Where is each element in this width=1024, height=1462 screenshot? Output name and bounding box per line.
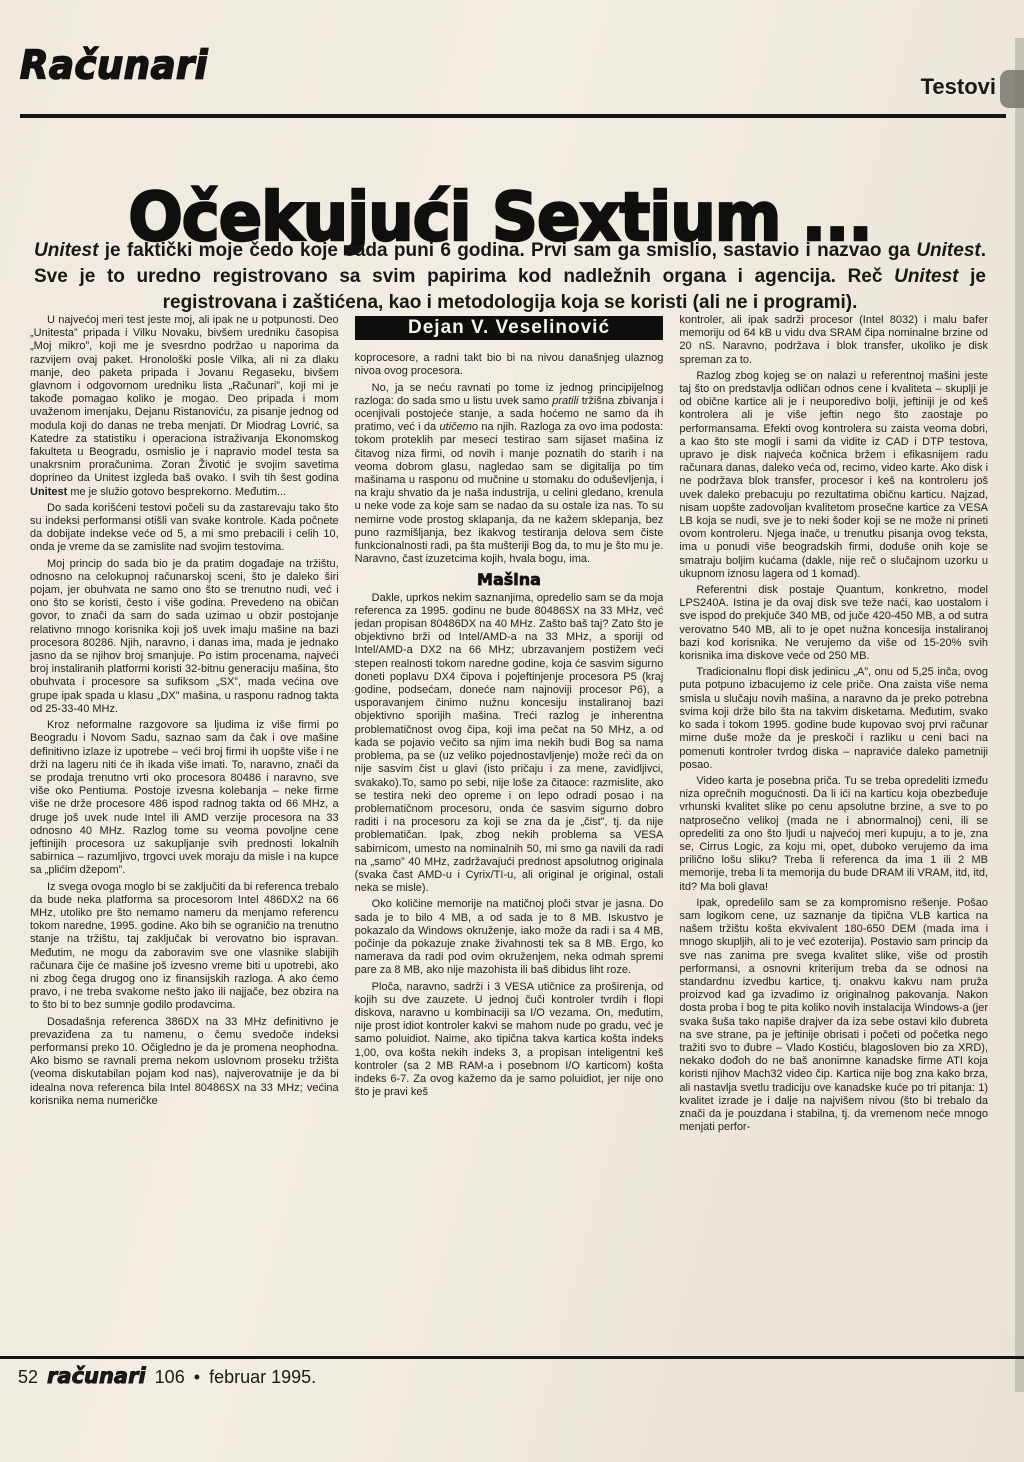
article-body: U najvećoj meri test jeste moj, ali ipak… xyxy=(30,314,988,1348)
text-run: Oko količine memorije na matičnoj ploči … xyxy=(355,898,664,976)
paragraph: Kroz neformalne razgovore sa ljudima iz … xyxy=(30,719,339,877)
text-run: je faktički moje čedo koje sada puni 6 g… xyxy=(98,240,916,261)
paragraph: Moj princip do sada bio je da pratim dog… xyxy=(30,558,339,716)
text-run: Kroz neformalne razgovore sa ljudima iz … xyxy=(30,719,339,876)
text-run: Referentni disk postaje Quantum, konkret… xyxy=(679,584,988,662)
text-run: Ipak, opredelilo sam se za kompromisno r… xyxy=(679,897,988,1133)
paragraph: koprocesore, a radni takt bio bi na nivo… xyxy=(355,352,664,378)
text-run: Unitest xyxy=(916,240,980,261)
text-run: na njih. Razloga za ovo ima podosta: tok… xyxy=(355,421,664,565)
text-run: Unitest xyxy=(30,486,67,498)
paragraph: Do sada korišćeni testovi počeli su da z… xyxy=(30,502,339,555)
column-middle: Dejan V. Veselinovićkoprocesore, a radni… xyxy=(355,314,664,1348)
text-run: Unitest xyxy=(34,240,98,261)
page-footer: 52 računari 106 • februar 1995. xyxy=(0,1356,1024,1388)
footer-magazine-logo: računari xyxy=(47,1364,146,1388)
paragraph: Ipak, opredelilo sam se za kompromisno r… xyxy=(679,897,988,1135)
text-run: Razlog zbog kojeg se on nalazi u referen… xyxy=(679,370,988,580)
text-run: koprocesore, a radni takt bio bi na nivo… xyxy=(355,352,664,377)
paragraph: Razlog zbog kojeg se on nalazi u referen… xyxy=(679,370,988,581)
text-run: Unitest xyxy=(894,266,958,287)
text-run: me je služio gotovo besprekorno. Međutim… xyxy=(67,486,286,498)
magazine-brand-logo: Računari xyxy=(20,43,208,88)
paragraph: Oko količine memorije na matičnoj ploči … xyxy=(355,898,664,977)
masthead-rule xyxy=(20,114,1006,118)
paragraph: Dosadašnja referenca 386DX na 33 MHz def… xyxy=(30,1016,339,1108)
footer-issue-number: 106 xyxy=(155,1367,185,1387)
text-run: pratili xyxy=(552,395,578,407)
paragraph: No, ja se neću ravnati po tome iz jednog… xyxy=(355,382,664,567)
column-left: U najvećoj meri test jeste moj, ali ipak… xyxy=(30,314,339,1348)
author-box: Dejan V. Veselinović xyxy=(355,316,664,340)
page-edge-artifact xyxy=(1000,70,1024,108)
text-run: Moj princip do sada bio je da pratim dog… xyxy=(30,558,339,715)
text-run: kontroler, ali ipak sadrži procesor (Int… xyxy=(679,314,988,366)
paragraph: Iz svega ovoga moglo bi se zaključiti da… xyxy=(30,881,339,1013)
text-run: Dosadašnja referenca 386DX na 33 MHz def… xyxy=(30,1016,339,1107)
text-run: Do sada korišćeni testovi počeli su da z… xyxy=(30,502,339,554)
paragraph: Tradicionalnu flopi disk jedinicu „A”, o… xyxy=(679,666,988,772)
text-run: utičemo xyxy=(440,421,479,433)
text-run: Tradicionalnu flopi disk jedinicu „A”, o… xyxy=(679,666,988,770)
column-right: kontroler, ali ipak sadrži procesor (Int… xyxy=(679,314,988,1348)
text-run: Iz svega ovoga moglo bi se zaključiti da… xyxy=(30,881,339,1012)
paragraph: U najvećoj meri test jeste moj, ali ipak… xyxy=(30,314,339,499)
article-lead: Unitest je faktički moje čedo koje sada … xyxy=(34,238,986,316)
text-run: U najvećoj meri test jeste moj, ali ipak… xyxy=(30,314,339,484)
subheading-masina: Mašina xyxy=(355,573,664,586)
page-edge-scan-strip xyxy=(1015,38,1024,1392)
text-run: Video karta je posebna priča. Tu se treb… xyxy=(679,775,988,893)
page-number: 52 xyxy=(18,1367,38,1387)
text-run: Dakle, uprkos nekim saznanjima, opredeli… xyxy=(355,592,664,894)
paragraph: Video karta je posebna priča. Tu se treb… xyxy=(679,775,988,894)
section-label: Testovi xyxy=(921,74,996,100)
footer-bullet: • xyxy=(194,1367,200,1387)
paragraph: Dakle, uprkos nekim saznanjima, opredeli… xyxy=(355,592,664,896)
paragraph: Ploča, naravno, sadrži i 3 VESA utičnice… xyxy=(355,981,664,1100)
paragraph: kontroler, ali ipak sadrži procesor (Int… xyxy=(679,314,988,367)
paragraph: Referentni disk postaje Quantum, konkret… xyxy=(679,584,988,663)
text-run: Ploča, naravno, sadrži i 3 VESA utičnice… xyxy=(355,981,664,1099)
footer-issue-date: februar 1995. xyxy=(209,1367,316,1387)
